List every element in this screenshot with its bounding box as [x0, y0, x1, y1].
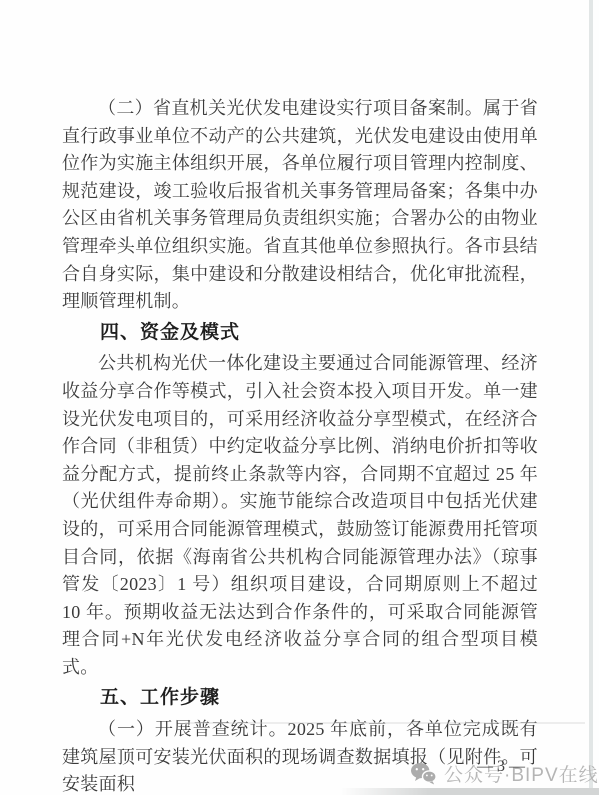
wechat-icon [410, 762, 437, 785]
paragraph-funding-models: 公共机构光伏一体化建设主要通过合同能源管理、经济收益分享合作等模式，引入社会资本… [62, 350, 538, 681]
paragraph-filing-system: （二）省直机关光伏发电建设实行项目备案制。属于省直行政事业单位不动产的公共建筑，… [62, 95, 538, 316]
section-heading-funding-and-models: 四、资金及模式 [62, 319, 538, 347]
document-page: （二）省直机关光伏发电建设实行项目备案制。属于省直行政事业单位不动产的公共建筑，… [0, 0, 599, 795]
page-edge-bottom [340, 788, 599, 795]
document-body: （二）省直机关光伏发电建设实行项目备案制。属于省直行政事业单位不动产的公共建筑，… [62, 95, 538, 795]
page-footer: 公众号·BIPV在线 — 3 — [0, 752, 599, 788]
scan-artifact-line [185, 722, 585, 724]
page-number: — 3 — [468, 758, 534, 776]
section-heading-work-steps: 五、工作步骤 [62, 684, 538, 712]
page-edge-right [589, 0, 593, 795]
